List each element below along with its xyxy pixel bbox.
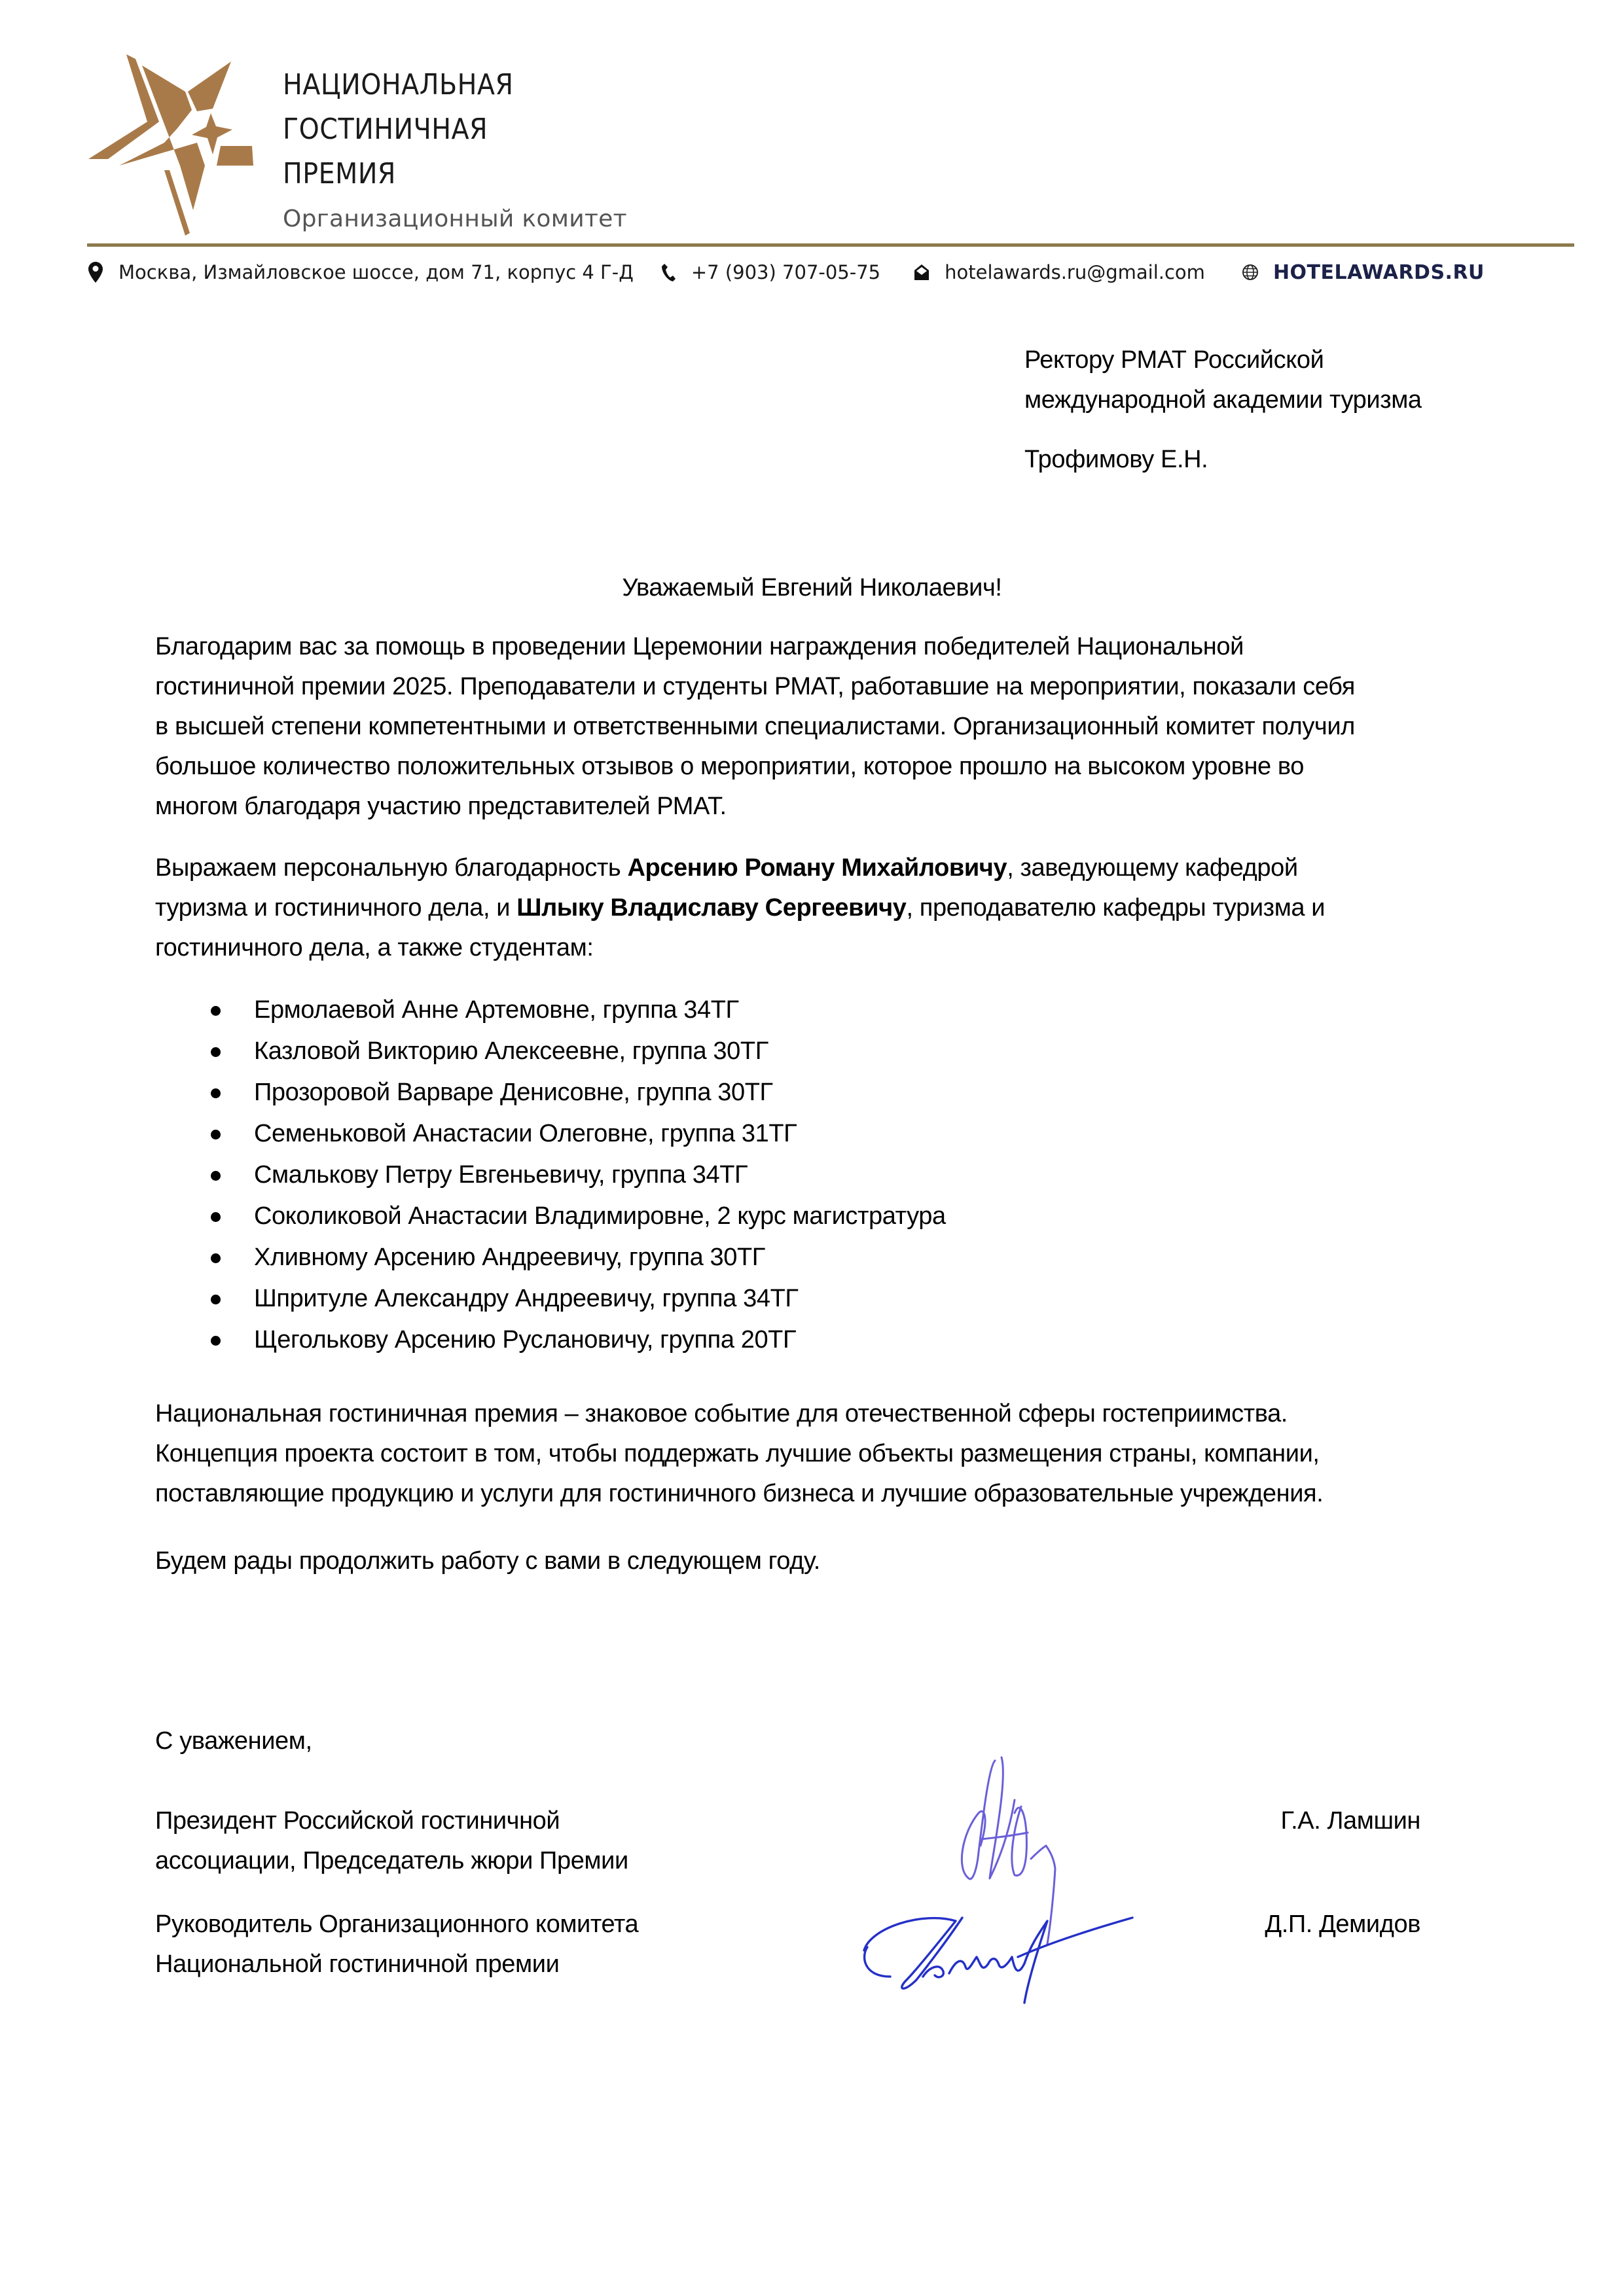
title-line: ассоциации, Председатель жюри Премии [155,1841,628,1881]
bullet-icon [211,1171,221,1181]
signature-demidov-icon [851,1892,1146,2009]
bullet-icon [211,1088,221,1098]
student-name: Семеньковой Анастасии Олеговне, группа 3… [254,1120,797,1147]
paragraph-line: Выражаем персональную благодарность Арсе… [155,848,1549,888]
student-name: Щеголькову Арсению Руслановичу, группа 2… [254,1326,796,1354]
list-item: Семеньковой Анастасии Олеговне, группа 3… [155,1114,946,1155]
list-item: Ермолаевой Анне Артемовне, группа 34ТГ [155,990,946,1031]
bullet-icon [211,1006,221,1016]
student-name: Шпритуле Александру Андреевичу, группа 3… [254,1285,799,1312]
list-item: Прозоровой Варваре Денисовне, группа 30Т… [155,1073,946,1114]
logo-line-3: ПРЕМИЯ [283,152,627,196]
email-link[interactable]: hotelawards.ru@gmail.com [945,261,1205,283]
logo-star-icon [72,51,262,241]
honoree-name-2: Шлыку Владиславу Сергеевичу [516,894,906,922]
paragraph-personal-thanks: Выражаем персональную благодарность Арсе… [155,848,1549,968]
title-line: Руководитель Организационного комитета [155,1905,638,1945]
contact-bar: Москва, Измайловское шоссе, дом 71, корп… [87,259,1574,285]
map-pin-icon [87,261,104,283]
list-item: Казловой Викторию Алексеевне, группа 30Т… [155,1031,946,1073]
student-name: Соколиковой Анастасии Владимировне, 2 ку… [254,1202,946,1230]
bullet-icon [211,1047,221,1057]
title-line: Президент Российской гостиничной [155,1801,628,1841]
paragraph-line: Концепция проекта состоит в том, чтобы п… [155,1434,1549,1474]
paragraph-closing-wish: Будем рады продолжить работу с вами в сл… [155,1541,1549,1581]
list-item: Смалькову Петру Евгеньевичу, группа 34ТГ [155,1155,946,1196]
recipient-line-1: Ректору РМАТ Российской [1024,340,1422,380]
bullet-icon [211,1336,221,1346]
recipient-block: Ректору РМАТ Российской международной ак… [1024,340,1422,480]
text-run: , преподавателю кафедры туризма и [906,894,1325,922]
student-name: Казловой Викторию Алексеевне, группа 30Т… [254,1037,768,1065]
bullet-icon [211,1295,221,1304]
phone-link[interactable]: +7 (903) 707-05-75 [691,261,880,283]
envelope-icon [913,261,930,283]
paragraph-line: Национальная гостиничная премия – знаков… [155,1394,1549,1434]
list-item: Соколиковой Анастасии Владимировне, 2 ку… [155,1196,946,1238]
paragraph-line: гостиничной премии 2025. Преподаватели и… [155,667,1549,707]
paragraph-line: туризма и гостиничного дела, и Шлыку Вла… [155,888,1549,928]
paragraph-line: большое количество положительных отзывов… [155,747,1549,787]
closing-phrase: С уважением, [155,1721,312,1761]
text-run: Выражаем персональную благодарность [155,854,627,882]
logo-line-1: НАЦИОНАЛЬНАЯ [283,63,627,107]
salutation: Уважаемый Евгений Николаевич! [0,568,1624,608]
text-run: , заведующему кафедрой [1007,854,1298,882]
recipient-line-2: международной академии туризма [1024,380,1422,420]
recipient-name: Трофимову Е.Н. [1024,440,1422,480]
student-name: Ермолаевой Анне Артемовне, группа 34ТГ [254,996,739,1024]
signatory-2-title: Руководитель Организационного комитета Н… [155,1905,638,1984]
text-run: туризма и гостиничного дела, и [155,894,516,922]
student-list: Ермолаевой Анне Артемовне, группа 34ТГ К… [155,990,946,1361]
bullet-icon [211,1212,221,1222]
student-name: Хливному Арсению Андреевичу, группа 30ТГ [254,1244,765,1271]
paragraph-gratitude: Благодарим вас за помощь в проведении Це… [155,627,1549,827]
bullet-icon [211,1253,221,1263]
logo-wordmark: НАЦИОНАЛЬНАЯ ГОСТИНИЧНАЯ ПРЕМИЯ Организа… [283,63,627,232]
header-divider [87,243,1574,247]
paragraph-line: в высшей степени компетентными и ответст… [155,707,1549,747]
paragraph-line: поставляющие продукцию и услуги для гост… [155,1474,1549,1514]
bullet-icon [211,1130,221,1139]
signatory-1-title: Президент Российской гостиничной ассоциа… [155,1801,628,1881]
paragraph-line: многом благодаря участию представителей … [155,787,1549,827]
list-item: Щеголькову Арсению Руслановичу, группа 2… [155,1320,946,1361]
list-item: Хливному Арсению Андреевичу, группа 30ТГ [155,1238,946,1279]
paragraph-line: гостиничного дела, а также студентам: [155,928,1549,968]
list-item: Шпритуле Александру Андреевичу, группа 3… [155,1279,946,1320]
address-text: Москва, Измайловское шоссе, дом 71, корп… [118,261,634,283]
title-line: Национальной гостиничной премии [155,1945,638,1984]
website-link[interactable]: HOTELAWARDS.RU [1273,261,1485,284]
honoree-name-1: Арсению Роману Михайловичу [627,854,1007,882]
globe-icon [1242,261,1259,283]
logo-subtitle: Организационный комитет [283,206,627,232]
student-name: Смалькову Петру Евгеньевичу, группа 34ТГ [254,1161,748,1189]
phone-icon [660,261,677,283]
paragraph-about-award: Национальная гостиничная премия – знаков… [155,1394,1549,1514]
paragraph-line: Благодарим вас за помощь в проведении Це… [155,627,1549,667]
student-name: Прозоровой Варваре Денисовне, группа 30Т… [254,1079,773,1106]
logo-line-2: ГОСТИНИЧНАЯ [283,107,627,152]
